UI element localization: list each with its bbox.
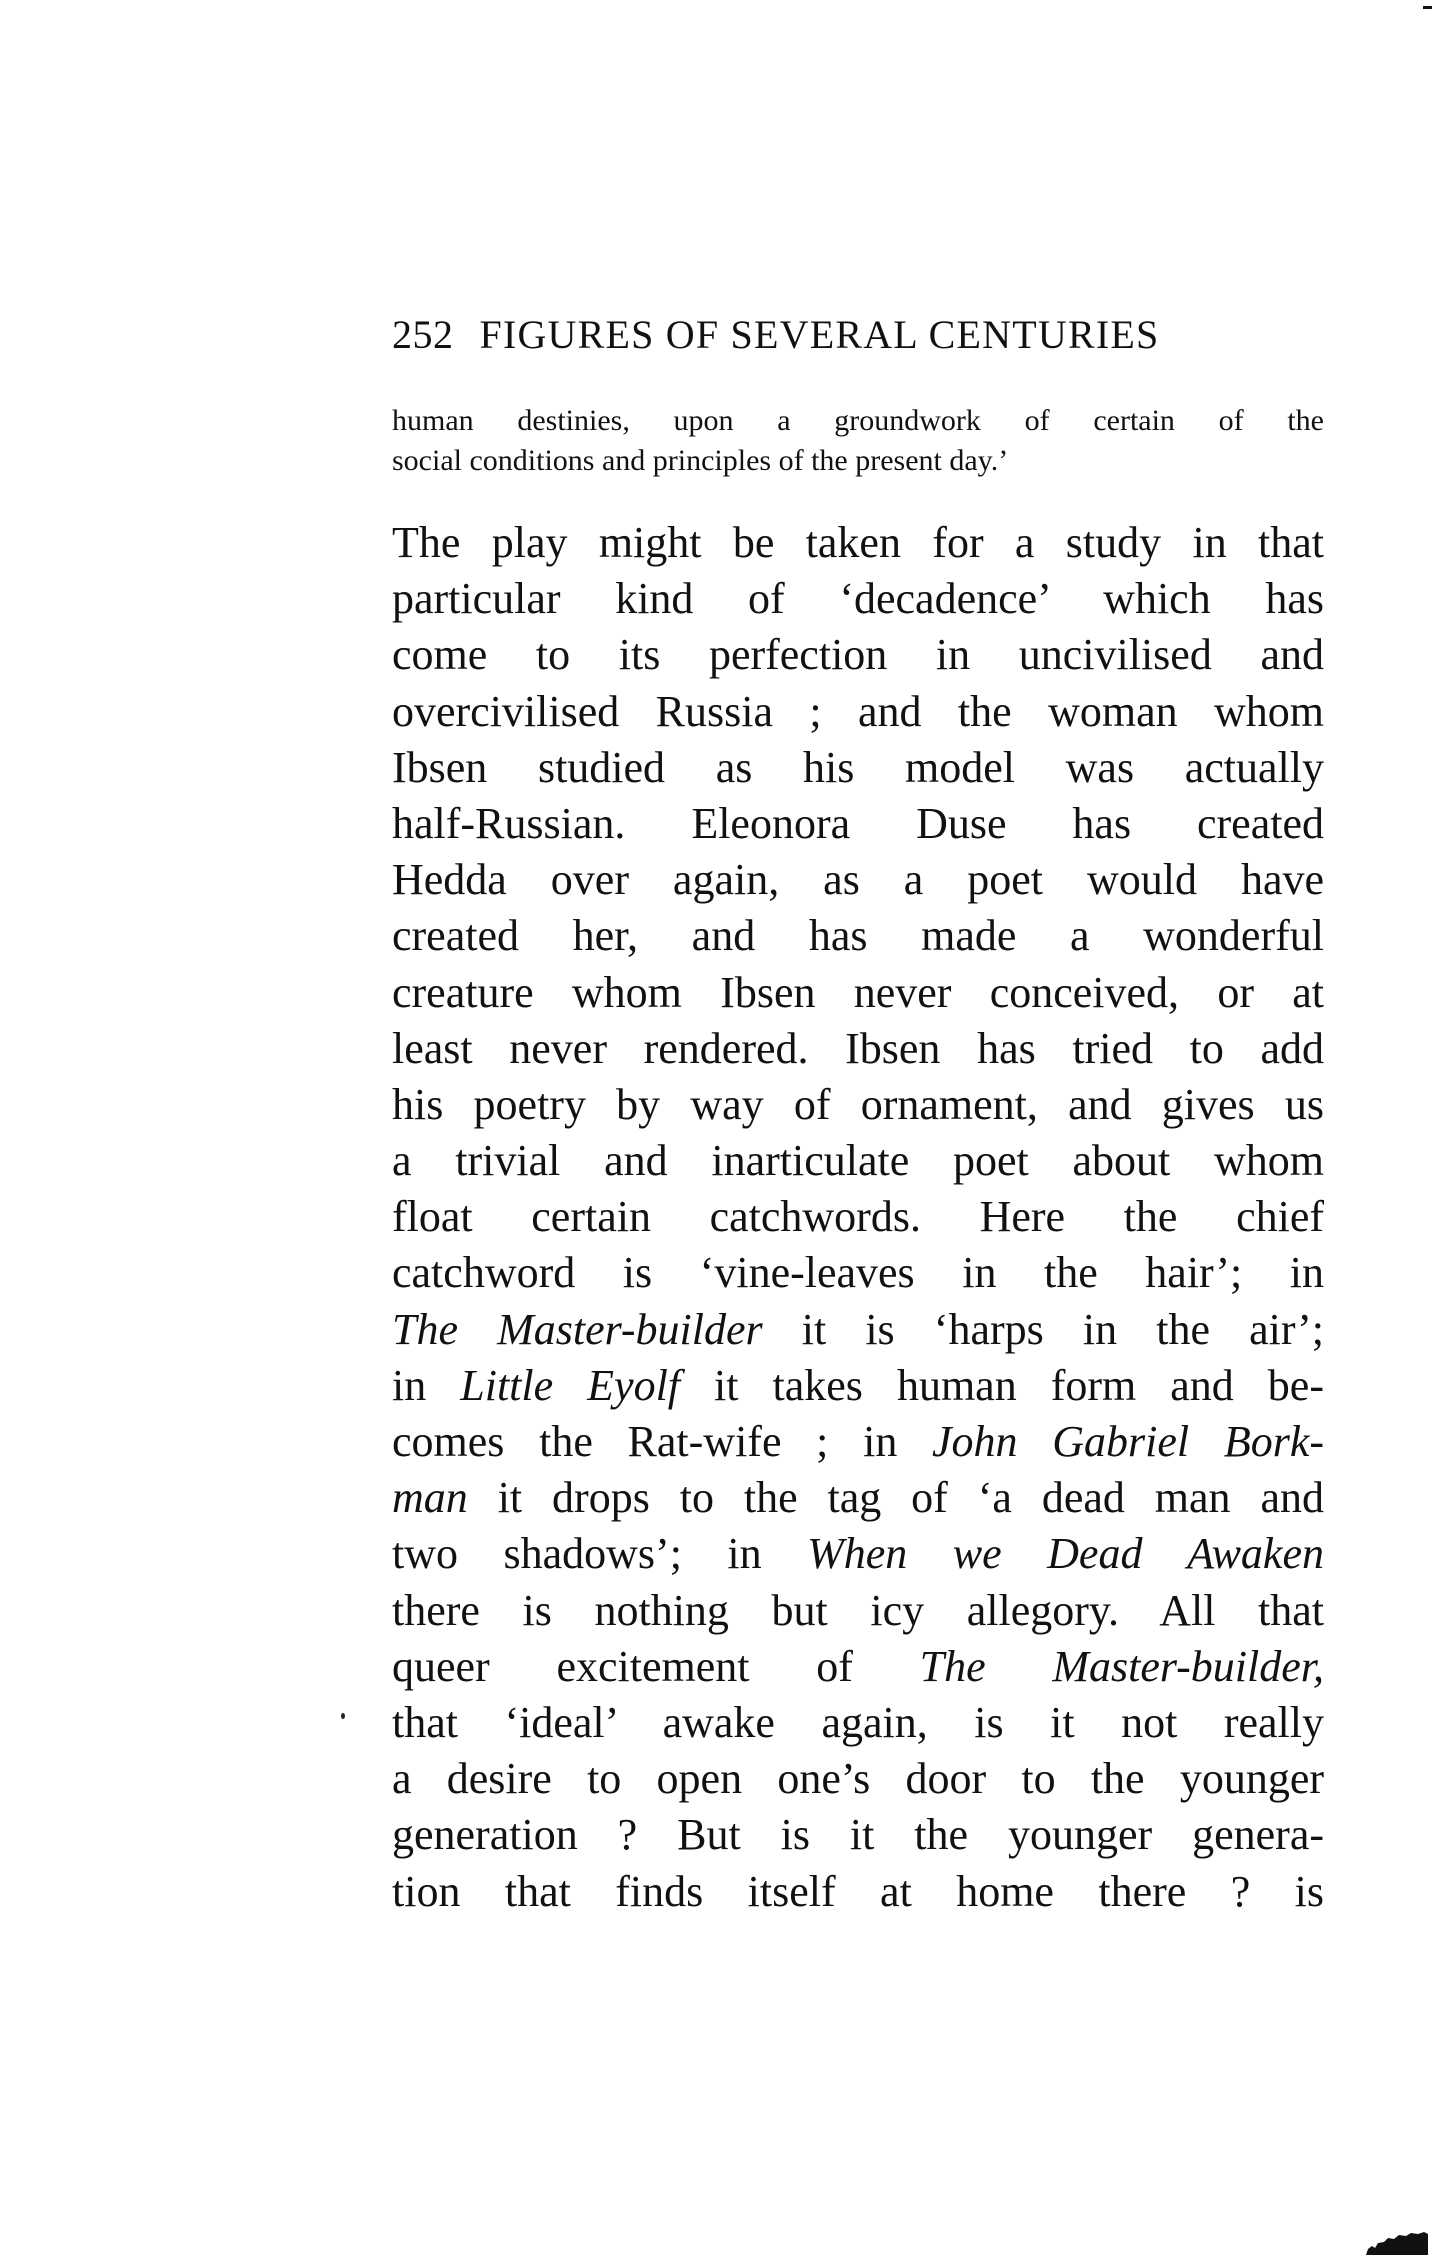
italic-title: man	[392, 1473, 468, 1522]
text-line: there is nothing but icy allegory. All t…	[392, 1583, 1324, 1639]
text-line: comes the Rat-wife ; in John Gabriel Bor…	[392, 1414, 1324, 1470]
text-line: a trivial and inarticulate poet about wh…	[392, 1133, 1324, 1189]
text-run: in	[392, 1361, 460, 1410]
text-line: man it drops to the tag of ‘a dead man a…	[392, 1470, 1324, 1526]
text-run: half-Russian. Eleonora Duse has created	[392, 799, 1324, 848]
body-paragraph: The play might be taken for a study in t…	[392, 515, 1324, 1920]
text-run: it takes human form and be-	[680, 1361, 1324, 1410]
text-run: created her, and has made a wonderful	[392, 911, 1324, 960]
italic-title: Little Eyolf	[460, 1361, 680, 1410]
text-line: catchword is ‘vine-leaves in the hair’; …	[392, 1245, 1324, 1301]
text-line: come to its perfection in uncivilised an…	[392, 627, 1324, 683]
text-run: overcivilised Russia ; and the woman who…	[392, 687, 1324, 736]
text-line: his poetry by way of ornament, and gives…	[392, 1077, 1324, 1133]
text-line: particular kind of ‘decadence’ which has	[392, 571, 1324, 627]
text-line: two shadows’; in When we Dead Awaken	[392, 1526, 1324, 1582]
text-line: created her, and has made a wonderful	[392, 908, 1324, 964]
running-head: 252 FIGURES OF SEVERAL CENTURIES	[392, 308, 1302, 362]
text-line: a desire to open one’s door to the young…	[392, 1751, 1324, 1807]
text-run: a desire to open one’s door to the young…	[392, 1754, 1324, 1803]
text-line: Ibsen studied as his model was actually	[392, 740, 1324, 796]
text-run: his poetry by way of ornament, and gives…	[392, 1080, 1324, 1129]
quote-line: social conditions and principles of the …	[392, 441, 1324, 481]
text-run: it drops to the tag of ‘a dead man and	[468, 1473, 1324, 1522]
text-line: The play might be taken for a study in t…	[392, 515, 1324, 571]
text-run: least never rendered. Ibsen has tried to…	[392, 1024, 1324, 1073]
text-run: float certain catchwords. Here the chief	[392, 1192, 1324, 1241]
text-run: The play might be taken for a study in t…	[392, 518, 1324, 567]
text-line: float certain catchwords. Here the chief	[392, 1189, 1324, 1245]
text-run: catchword is ‘vine-leaves in the hair’; …	[392, 1248, 1324, 1297]
text-line: Hedda over again, as a poet would have	[392, 852, 1324, 908]
text-run: tion that finds itself at home there ? i…	[392, 1867, 1324, 1916]
text-run: that ‘ideal’ awake again, is it not real…	[392, 1698, 1324, 1747]
text-line: The Master-builder it is ‘harps in the a…	[392, 1302, 1324, 1358]
text-line: generation ? But is it the younger gener…	[392, 1807, 1324, 1863]
text-run: there is nothing but icy allegory. All t…	[392, 1586, 1324, 1635]
scan-artifact	[1366, 2232, 1428, 2255]
italic-title: John Gabriel Bork-	[932, 1417, 1324, 1466]
text-run: Hedda over again, as a poet would have	[392, 855, 1324, 904]
text-run: two shadows’; in	[392, 1529, 807, 1578]
text-line: tion that finds itself at home there ? i…	[392, 1864, 1324, 1920]
running-title: FIGURES OF SEVERAL CENTURIES	[480, 308, 1303, 362]
scan-mark	[1423, 6, 1432, 9]
italic-title: The Master-builder	[392, 1305, 763, 1354]
text-run: come to its perfection in uncivilised an…	[392, 630, 1324, 679]
book-page: 252 FIGURES OF SEVERAL CENTURIES human d…	[0, 0, 1432, 2255]
text-line: creature whom Ibsen never conceived, or …	[392, 965, 1324, 1021]
text-run: comes the Rat-wife ; in	[392, 1417, 932, 1466]
text-run: it is ‘harps in the air’;	[763, 1305, 1324, 1354]
text-run: generation ? But is it the younger gener…	[392, 1810, 1324, 1859]
text-line: least never rendered. Ibsen has tried to…	[392, 1021, 1324, 1077]
text-run: particular kind of ‘decadence’ which has	[392, 574, 1324, 623]
text-line: that ‘ideal’ awake again, is it not real…	[392, 1695, 1324, 1751]
text-run: queer excitement of	[392, 1642, 920, 1691]
text-line: overcivilised Russia ; and the woman who…	[392, 684, 1324, 740]
italic-title: The Master-builder,	[920, 1642, 1324, 1691]
page-number: 252	[392, 308, 454, 362]
quote-line: human destinies, upon a groundwork of ce…	[392, 401, 1324, 441]
scan-speck	[341, 1713, 345, 1719]
text-line: in Little Eyolf it takes human form and …	[392, 1358, 1324, 1414]
text-run: creature whom Ibsen never conceived, or …	[392, 968, 1324, 1017]
block-quote: human destinies, upon a groundwork of ce…	[392, 401, 1324, 481]
text-line: half-Russian. Eleonora Duse has created	[392, 796, 1324, 852]
text-run: Ibsen studied as his model was actually	[392, 743, 1324, 792]
italic-title: When we Dead Awaken	[807, 1529, 1324, 1578]
text-run: a trivial and inarticulate poet about wh…	[392, 1136, 1324, 1185]
text-line: queer excitement of The Master-builder,	[392, 1639, 1324, 1695]
